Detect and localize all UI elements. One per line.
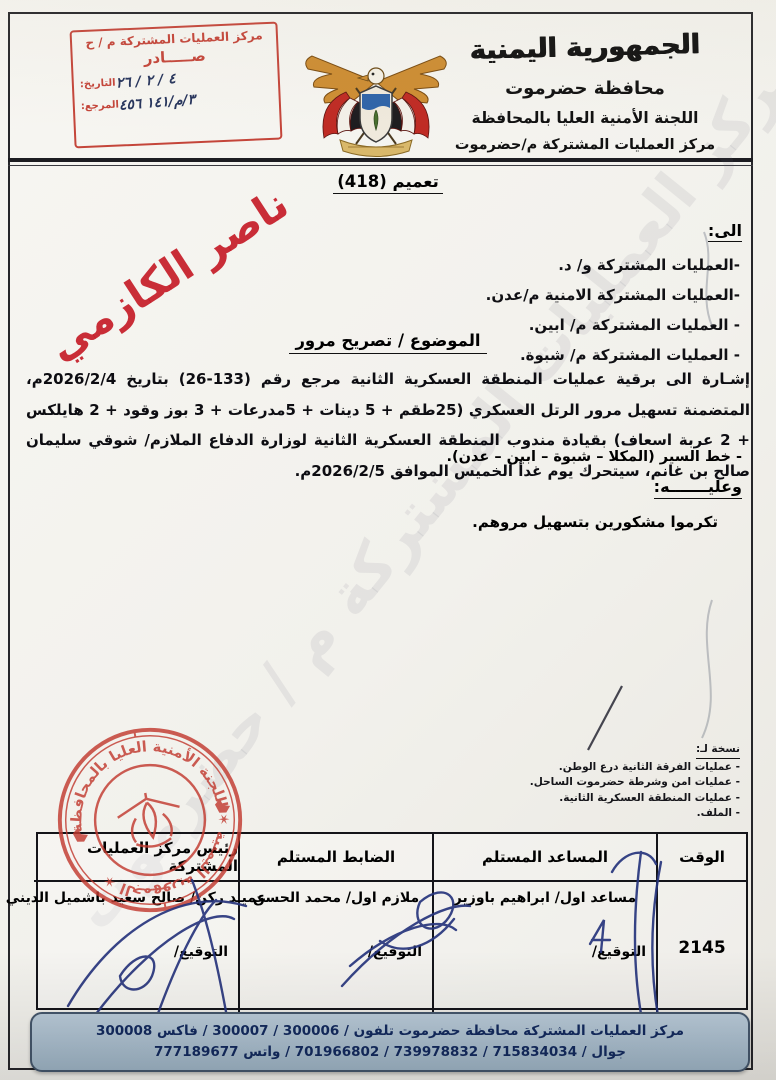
- scanned-document-page: مركز العمليات المشتركة م / ح صـــــادر ا…: [0, 0, 776, 1080]
- table-header-time: الوقت: [656, 834, 746, 880]
- officer-name: ملازم اول/ محمد الحسن: [253, 890, 419, 906]
- signature-label: التوقيع/: [368, 944, 422, 960]
- copy-item: - عمليات المنطقة العسكرية الثانية.: [530, 791, 740, 807]
- subject-text: الموضوع / تصريح مرور: [289, 331, 486, 354]
- letterhead-governorate: محافظة حضرموت: [420, 74, 750, 104]
- closing-sentence: تكرموا مشكورين بتسهيل مروهم.: [472, 513, 718, 531]
- letterhead-republic-title: الجمهورية اليمنية: [419, 18, 750, 79]
- header-divider-line: [8, 158, 753, 162]
- copy-item: - الملف.: [530, 806, 740, 822]
- copy-item: - عمليات امن وشرطة حضرموت الساحل.: [530, 775, 740, 791]
- stamp-ref-label: المرجع:: [81, 99, 120, 112]
- table-header-assistant: المساعد المستلم: [432, 834, 656, 880]
- recipient-item: -العمليات المشتركة و/ د.: [486, 250, 740, 280]
- circular-title-text: تعميم (418): [333, 172, 443, 194]
- stamp-date-handwritten: ٤ / ٢ / ٢٦: [115, 71, 176, 92]
- table-header-officer: الضابط المستلم: [238, 834, 432, 880]
- table-cell-time: 2145: [656, 880, 746, 1012]
- footer-mobile-line: جوال / 715834034 / 739978832 / 701966802…: [32, 1042, 748, 1063]
- copies-label: نسخة لـ:: [696, 742, 740, 759]
- circular-title: تعميم (418): [0, 172, 776, 194]
- letterhead-committee: اللجنة الأمنية العليا بالمحافظة: [420, 104, 750, 132]
- recipient-item: -العمليات المشتركة الامنية م/عدن.: [486, 280, 740, 310]
- table-cell-assistant: مساعد اول/ ابراهيم باوزير التوقيع/: [432, 880, 656, 1012]
- header-divider-thin-line: [8, 165, 753, 166]
- signature-label: التوقيع/: [174, 944, 228, 960]
- stamp-date-label: التاريخ:: [80, 77, 116, 90]
- outgoing-registry-stamp: مركز العمليات المشتركة م / ح صـــــادر ا…: [70, 22, 283, 149]
- body-paragraph: إشـارة الى برقية عمليات المنطقة العسكرية…: [26, 364, 750, 486]
- handover-time-value: 2145: [678, 938, 725, 958]
- footer-contact-bar: مركز العمليات المشتركة محافظة حضرموت تلف…: [30, 1012, 750, 1072]
- signature-label: التوقيع/: [592, 944, 646, 960]
- subject-line: الموضوع / تصريح مرور: [0, 331, 776, 354]
- stamp-ref-handwritten: ٣/م/١٤١ ٤٥٦: [118, 92, 195, 114]
- footer-phone-line: مركز العمليات المشتركة محافظة حضرموت تلف…: [32, 1021, 748, 1042]
- route-line: - خط السير (المكلا – شبوة – ابين – عدن).: [447, 449, 743, 465]
- table-cell-chief: عميـد ركن/ صالح سعيد باشميل الديني التوق…: [34, 880, 238, 1012]
- therefore-label: وعليـــــــه:: [654, 477, 742, 499]
- table-header-chief: رئيس مركز العمليات المشتركة: [34, 834, 238, 880]
- letterhead: الجمهورية اليمنية محافظة حضرموت اللجنة ا…: [420, 22, 750, 158]
- handover-signature-table: الوقت المساعد المستلم الضابط المستلم رئي…: [36, 832, 748, 1010]
- table-cell-officer: ملازم اول/ محمد الحسن التوقيع/: [238, 880, 432, 1012]
- letterhead-operations-center: مركز العمليات المشتركة م/حضرموت: [420, 132, 750, 158]
- copies-block: نسخة لـ: - عمليات الفرقة الثانية درع الو…: [530, 742, 740, 822]
- copy-item: - عمليات الفرقة الثانية درع الوطن.: [530, 760, 740, 776]
- to-label: الى:: [708, 221, 742, 242]
- chief-name: عميـد ركن/ صالح سعيد باشميل الديني: [6, 890, 267, 906]
- assistant-name: مساعد اول/ ابراهيم باوزير: [454, 890, 636, 906]
